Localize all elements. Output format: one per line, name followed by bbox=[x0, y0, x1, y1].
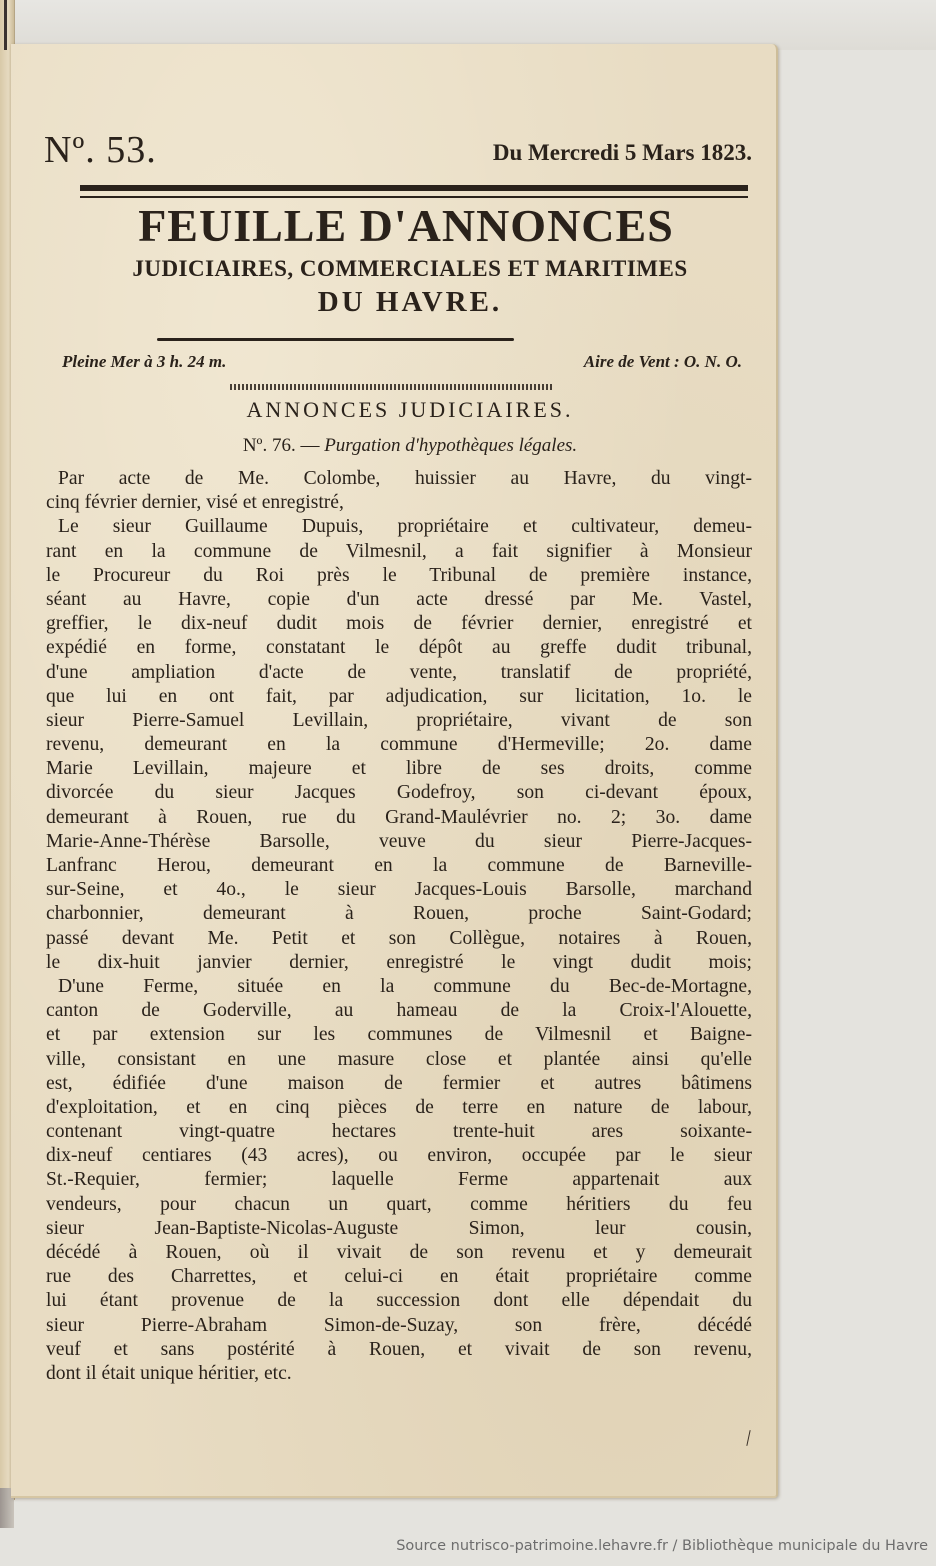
body-line: décédé à Rouen, où il vivait de son reve… bbox=[46, 1241, 752, 1265]
body-line: veuf et sans postérité à Rouen, et vivai… bbox=[46, 1338, 752, 1362]
body-line: sieur Pierre-Abraham Simon-de-Suzay, son… bbox=[46, 1314, 752, 1338]
masthead-divider bbox=[157, 338, 514, 341]
scan-backdrop bbox=[0, 0, 936, 50]
body-line: contenant vingt-quatre hectares trente-h… bbox=[46, 1120, 752, 1144]
body-line: vendeurs, pour chacun un quart, comme hé… bbox=[46, 1193, 752, 1217]
issue-date: Du Mercredi 5 Mars 1823. bbox=[493, 140, 752, 166]
body-line: cinq février dernier, visé et enregistré… bbox=[46, 491, 752, 515]
body-line: canton de Goderville, au hameau de la Cr… bbox=[46, 999, 752, 1023]
body-line: lui étant provenue de la succession dont… bbox=[46, 1289, 752, 1313]
notice-heading: Nº. 76. — Purgation d'hypothèques légale… bbox=[40, 435, 780, 457]
issue-number: Nº. 53. bbox=[44, 128, 157, 172]
body-line: Marie Levillain, majeure et libre de ses… bbox=[46, 757, 752, 781]
body-line: rant en la commune de Vilmesnil, a fait … bbox=[46, 540, 752, 564]
binding-shadow bbox=[4, 0, 7, 50]
body-line: et par extension sur les communes de Vil… bbox=[46, 1023, 752, 1047]
body-line: sieur Jean-Baptiste-Nicolas-Auguste Simo… bbox=[46, 1217, 752, 1241]
body-line: greffier, le dix-neuf dudit mois de févr… bbox=[46, 612, 752, 636]
body-line: divorcée du sieur Jacques Godefroy, son … bbox=[46, 781, 752, 805]
body-line: sieur Pierre-Samuel Levillain, propriéta… bbox=[46, 709, 752, 733]
body-line: Marie-Anne-Thérèse Barsolle, veuve du si… bbox=[46, 830, 752, 854]
issue-header: Nº. 53. Du Mercredi 5 Mars 1823. bbox=[44, 128, 752, 174]
body-line: Le sieur Guillaume Dupuis, propriétaire … bbox=[46, 515, 752, 539]
body-line: demeurant à Rouen, rue du Grand-Maulévri… bbox=[46, 806, 752, 830]
body-line: d'exploitation, et en cinq pièces de ter… bbox=[46, 1096, 752, 1120]
body-line: ville, consistant en une masure close et… bbox=[46, 1048, 752, 1072]
body-line: Par acte de Me. Colombe, huissier au Hav… bbox=[46, 467, 752, 491]
high-tide: Pleine Mer à 3 h. 24 m. bbox=[62, 352, 226, 372]
notice-number: Nº. 76. — bbox=[243, 435, 320, 456]
masthead-location: DU HAVRE. bbox=[40, 284, 780, 320]
header-rule-thick bbox=[80, 185, 748, 191]
body-line: Lanfranc Herou, demeurant en la commune … bbox=[46, 854, 752, 878]
masthead: FEUILLE D'ANNONCES JUDICIAIRES, COMMERCI… bbox=[40, 198, 780, 320]
masthead-subtitle: JUDICIAIRES, COMMERCIALES ET MARITIMES bbox=[40, 254, 780, 284]
notice-body: Par acte de Me. Colombe, huissier au Hav… bbox=[46, 467, 752, 1386]
body-line: séant au Havre, copie d'un acte dressé p… bbox=[46, 588, 752, 612]
body-line: est, édifiée d'une maison de fermier et … bbox=[46, 1072, 752, 1096]
body-line: le dix-huit janvier dernier, enregistré … bbox=[46, 951, 752, 975]
body-line: passé devant Me. Petit et son Collègue, … bbox=[46, 927, 752, 951]
source-credit: Source nutrisco-patrimoine.lehavre.fr / … bbox=[396, 1538, 928, 1554]
body-line: sur-Seine, et 4o., le sieur Jacques-Loui… bbox=[46, 878, 752, 902]
body-line: dont il était unique héritier, etc. bbox=[46, 1362, 752, 1386]
wavy-divider bbox=[230, 384, 554, 390]
body-line: St.-Requier, fermier; laquelle Ferme app… bbox=[46, 1168, 752, 1192]
notice-title: Purgation d'hypothèques légales. bbox=[324, 435, 577, 456]
body-line: rue des Charrettes, et celui-ci en était… bbox=[46, 1265, 752, 1289]
body-line: revenu, demeurant en la commune d'Hermev… bbox=[46, 733, 752, 757]
body-line: dix-neuf centiares (43 acres), ou enviro… bbox=[46, 1144, 752, 1168]
wind-direction: Aire de Vent : O. N. O. bbox=[584, 352, 742, 372]
body-line: expédié en forme, constatant le dépôt au… bbox=[46, 636, 752, 660]
body-line: le Procureur du Roi près le Tribunal de … bbox=[46, 564, 752, 588]
body-line: que lui en ont fait, par adjudication, s… bbox=[46, 685, 752, 709]
body-line: d'une ampliation d'acte de vente, transl… bbox=[46, 661, 752, 685]
body-line: D'une Ferme, située en la commune du Bec… bbox=[46, 975, 752, 999]
body-line: charbonnier, demeurant à Rouen, proche S… bbox=[46, 902, 752, 926]
tide-info: Pleine Mer à 3 h. 24 m. Aire de Vent : O… bbox=[62, 352, 742, 380]
section-title: ANNONCES JUDICIAIRES. bbox=[40, 397, 780, 423]
masthead-title: FEUILLE D'ANNONCES bbox=[32, 198, 780, 254]
